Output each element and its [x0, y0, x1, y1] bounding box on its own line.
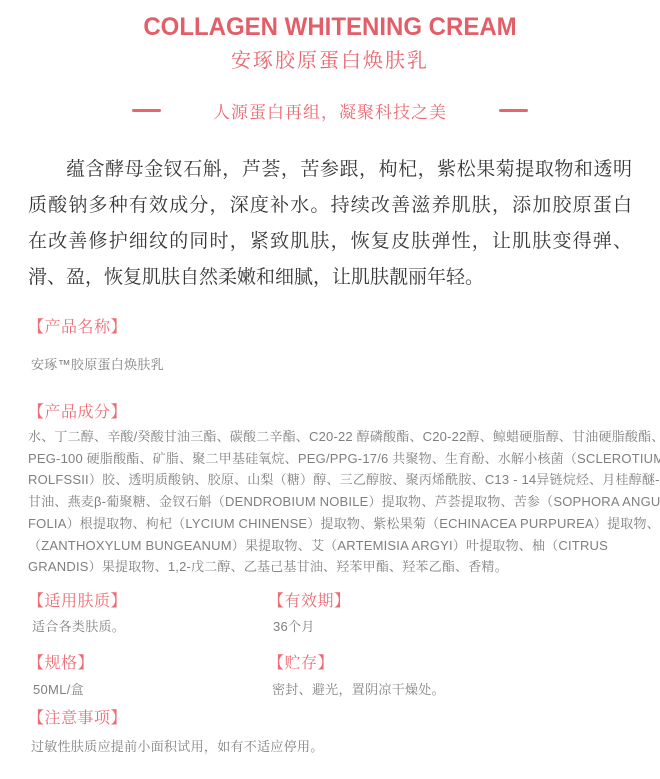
intro-line: 蕴含酵母金钗石斛，芦荟，苦参跟，枸杞，紫松果菊提取物和透明: [28, 152, 632, 188]
ingredients-line: PEG-100 硬脂酸酯、矿脂、聚二甲基硅氧烷、PEG/PPG-17/6 共聚物…: [28, 448, 644, 470]
intro-line: 质酸钠多种有效成分，深度补水。持续改善滋养肌肤，添加胶原蛋白: [28, 188, 632, 224]
section-heading-ingredients: 【产品成分】: [28, 399, 127, 422]
storage-value: 密封、避光，置阴凉干燥处。: [272, 679, 445, 698]
tagline-dash-right: [499, 109, 528, 112]
intro-line: 在改善修护细纹的同时，紧致肌肤，恢复皮肤弹性，让肌肤变得弹、: [28, 224, 632, 260]
spec-value: 50ML/盒: [33, 679, 84, 698]
ingredients-line: GRANDIS）果提取物、1,2-戊二醇、乙基己基甘油、羟苯甲酯、羟苯乙酯、香精…: [28, 556, 644, 578]
ingredients-line: 甘油、燕麦β-葡聚糖、金钗石斛（DENDROBIUM NOBILE）提取物、芦荟…: [28, 491, 644, 513]
product-title-cn: 安琢胶原蛋白焕肤乳: [0, 44, 660, 73]
skin-type-value: 适合各类肤质。: [32, 616, 125, 635]
product-title-en: COLLAGEN WHITENING CREAM: [13, 13, 647, 42]
intro-paragraph: 蕴含酵母金钗石斛，芦荟，苦参跟，枸杞，紫松果菊提取物和透明 质酸钠多种有效成分，…: [28, 152, 632, 296]
ingredients-line: 水、丁二醇、辛酸/癸酸甘油三酯、碳酸二辛酯、C20-22 醇磷酸酯、C20-22…: [28, 426, 644, 448]
section-heading-product-name: 【产品名称】: [28, 314, 127, 337]
section-heading-skin-type: 【适用肤质】: [28, 588, 127, 611]
notes-value: 过敏性肤质应提前小面积试用，如有不适应停用。: [31, 736, 324, 755]
ingredients-line: （ZANTHOXYLUM BUNGEANUM）果提取物、艾（ARTEMISIA …: [28, 535, 644, 557]
ingredients-line: FOLIA）根提取物、枸杞（LYCIUM CHINENSE）提取物、紫松果菊（E…: [28, 513, 644, 535]
product-name-value: 安琢™胶原蛋白焕肤乳: [31, 354, 164, 373]
intro-line: 滑、盈，恢复肌肤自然柔嫩和细腻，让肌肤靓丽年轻。: [28, 260, 632, 296]
section-heading-shelf-life: 【有效期】: [268, 588, 351, 611]
ingredients-line: ROLFSSII）胶、透明质酸钠、胶原、山梨（糖）醇、三乙醇胺、聚丙烯酰胺、C1…: [28, 469, 644, 491]
shelf-life-value: 36个月: [273, 616, 315, 635]
tagline-dash-left: [132, 109, 161, 112]
tagline-row: 人源蛋白再组，凝聚科技之美: [0, 98, 660, 123]
section-heading-storage: 【贮存】: [268, 650, 334, 673]
product-detail-page: COLLAGEN WHITENING CREAM 安琢胶原蛋白焕肤乳 人源蛋白再…: [0, 0, 660, 779]
section-heading-spec: 【规格】: [28, 650, 94, 673]
ingredients-list: 水、丁二醇、辛酸/癸酸甘油三酯、碳酸二辛酯、C20-22 醇磷酸酯、C20-22…: [28, 426, 644, 578]
tagline-text: 人源蛋白再组，凝聚科技之美: [213, 98, 447, 123]
section-heading-notes: 【注意事项】: [28, 705, 127, 728]
